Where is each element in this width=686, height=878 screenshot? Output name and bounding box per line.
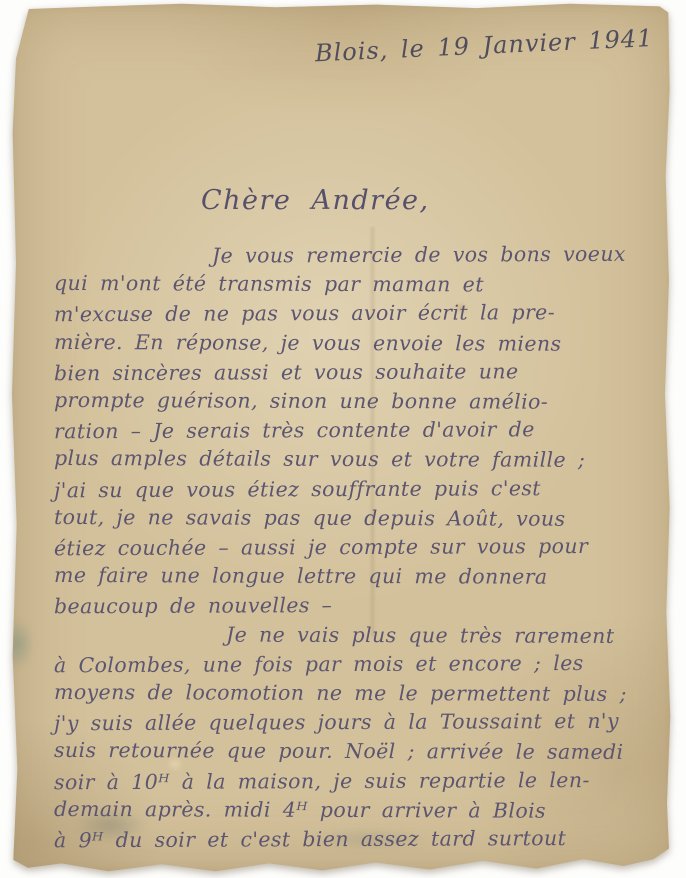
letter-line: ration – Je serais très contente d'avoir… bbox=[54, 415, 654, 447]
letter-body: Je vous remercie de vos bons voeux qui m… bbox=[54, 241, 654, 854]
letter-line: moyens de locomotion ne me le permettent… bbox=[54, 678, 654, 709]
letter-line: demain après. midi 4ᴴ pour arriver à Blo… bbox=[54, 795, 654, 826]
letter-line: étiez couchée – aussi je compte sur vous… bbox=[54, 532, 654, 564]
letter-salutation: Chère Andrée, bbox=[201, 185, 430, 216]
letter-line: j'y suis allée quelques jours à la Touss… bbox=[54, 707, 654, 739]
letter-line: m'excuse de ne pas vous avoir écrit la p… bbox=[54, 298, 654, 330]
letter-line: Je vous remercie de vos bons voeux bbox=[54, 240, 654, 272]
letter-line: soir à 10ᴴ à la maison, je suis repartie… bbox=[54, 765, 654, 797]
letter-line: suis retournée que pour. Noël ; arrivée … bbox=[54, 736, 654, 767]
scan-background: Blois, le 19 Janvier 1941 Chère Andrée, … bbox=[0, 0, 686, 878]
letter-paper: Blois, le 19 Janvier 1941 Chère Andrée, … bbox=[8, 2, 677, 873]
letter-line: prompte guérison, sinon une bonne amélio… bbox=[54, 386, 654, 417]
letter-line: qui m'ont été transmis par maman et bbox=[54, 269, 654, 300]
paper-shadow-wrap: Blois, le 19 Janvier 1941 Chère Andrée, … bbox=[0, 0, 686, 878]
letter-line: plus amples détails sur vous et votre fa… bbox=[54, 444, 654, 475]
letter-dateline: Blois, le 19 Janvier 1941 bbox=[315, 24, 655, 67]
letter-line: me faire une longue lettre qui me donner… bbox=[54, 561, 654, 592]
ink-stain-left-edge bbox=[0, 618, 34, 670]
letter-line: à 9ᴴ du soir et c'est bien assez tard su… bbox=[54, 824, 654, 856]
letter-line: Je ne vais plus que très rarement bbox=[54, 620, 654, 651]
letter-line: mière. En réponse, je vous envoie les mi… bbox=[54, 328, 654, 359]
letter-line: j'ai su que vous étiez souffrante puis c… bbox=[54, 473, 654, 505]
letter-line: à Colombes, une fois par mois et encore … bbox=[54, 649, 654, 681]
letter-line: bien sincères aussi et vous souhaite une bbox=[54, 357, 654, 389]
letter-line: beaucoup de nouvelles – bbox=[54, 590, 654, 622]
letter-line: tout, je ne savais pas que depuis Août, … bbox=[54, 503, 654, 534]
